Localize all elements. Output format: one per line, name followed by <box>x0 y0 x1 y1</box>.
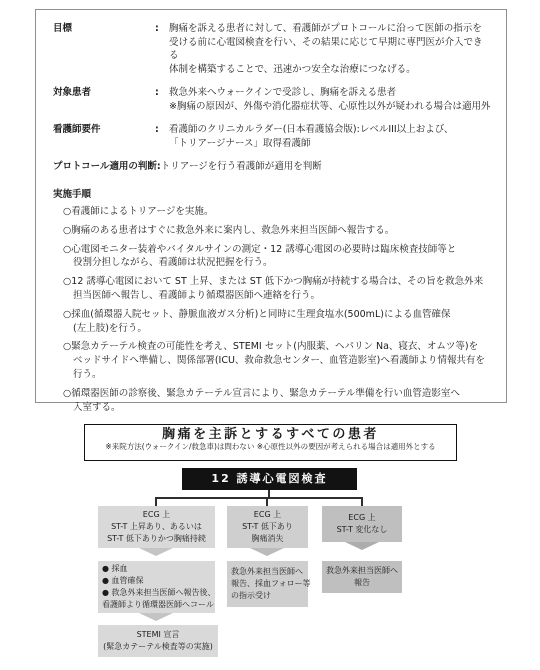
nurse-requirements-colon: : <box>155 123 169 150</box>
flow-box-stemi-declaration: STEMI 宣言 (緊急カテーテル検査等の実施) <box>98 625 218 657</box>
target-patients-label: 対象患者 <box>53 86 155 113</box>
info-row-nurse-requirements: 看護師要件 : 看護師のクリニカルラダー(日本看護協会版):レベルIII以上およ… <box>53 123 491 150</box>
protocol-document-panel: 目標 : 胸痛を訴える患者に対して、看護師がプロトコールに沿って医師の指示を 受… <box>35 9 507 403</box>
connector-horizontal-line <box>155 497 363 499</box>
procedure-item: ○12 誘導心電図において ST 上昇、または ST 低下かつ胸痛が持続する場合… <box>53 275 491 303</box>
connector-stub-left <box>155 497 157 506</box>
info-row-goal: 目標 : 胸痛を訴える患者に対して、看護師がプロトコールに沿って医師の指示を 受… <box>53 22 491 76</box>
target-patients-text: 救急外来へウォークインで受診し、胸痛を訴える患者 ※胸痛の原因が、外傷や消化器症… <box>169 86 491 113</box>
protocol-judgment-label: プロトコール適用の判断: <box>53 161 161 172</box>
flow-subtitle: ※来院方法(ウォークイン/救急車)は問わない ※心原性以外の要因が考えられる場合… <box>85 442 456 452</box>
procedure-item: ○緊急カテーテル検査の可能性を考え、STEMI セット(内服薬、ヘパリン Na、… <box>53 340 491 381</box>
ecg-exam-box: 12 誘導心電図検査 <box>182 468 357 490</box>
goal-text: 胸痛を訴える患者に対して、看護師がプロトコールに沿って医師の指示を 受ける前に心… <box>169 22 491 76</box>
target-patients-colon: : <box>155 86 169 113</box>
arrow-down-icon <box>139 548 173 556</box>
flow-title: 胸痛を主訴とするすべての患者 <box>85 427 456 442</box>
flow-box-actions-blood-draw: ● 採血 ● 血管確保 ● 救急外来担当医師へ報告後、 看護師より循環器医師へコ… <box>98 561 215 613</box>
flow-box-ecg-st-depression: ECG 上 ST-T 低下あり 胸痛消失 <box>227 506 308 548</box>
goal-label: 目標 <box>53 22 155 76</box>
procedure-item: ○胸痛のある患者はすぐに救急外来に案内し、救急外来担当医師へ報告する。 <box>53 224 491 238</box>
goal-colon: : <box>155 22 169 76</box>
flow-box-report-followup: 救急外来担当医師へ 報告、採血フォロー等 の指示受け <box>227 561 308 607</box>
arrow-down-icon <box>250 548 284 556</box>
procedure-list: ○看護師によるトリアージを実施。 ○胸痛のある患者はすぐに救急外来に案内し、救急… <box>53 205 491 414</box>
arrow-down-icon <box>139 613 173 621</box>
nurse-requirements-label: 看護師要件 <box>53 123 155 150</box>
procedure-item: ○循環器医師の診察後、緊急カテーテル宣言により、緊急カテーテル準備を行い血管造影… <box>53 387 491 415</box>
connector-stub-middle <box>266 497 268 506</box>
connector-stub-right <box>361 497 363 506</box>
protocol-judgment-row: プロトコール適用の判断:トリアージを行う看護師が適用を判断 <box>53 160 491 174</box>
nurse-requirements-text: 看護師のクリニカルラダー(日本看護協会版):レベルIII以上および、 「トリアー… <box>169 123 491 150</box>
procedure-item: ○心電図モニター装着やバイタルサインの測定・12 誘導心電図の必要時は臨床検査技… <box>53 243 491 271</box>
flow-box-report-only: 救急外来担当医師へ 報告 <box>322 561 402 593</box>
protocol-judgment-text: トリアージを行う看護師が適用を判断 <box>161 161 322 172</box>
flow-title-box: 胸痛を主訴とするすべての患者 ※来院方法(ウォークイン/救急車)は問わない ※心… <box>84 424 457 461</box>
arrow-down-icon <box>345 542 379 550</box>
procedure-heading: 実施手順 <box>53 188 491 202</box>
flow-box-ecg-no-change: ECG 上 ST-T 変化なし <box>322 506 402 542</box>
info-row-target-patients: 対象患者 : 救急外来へウォークインで受診し、胸痛を訴える患者 ※胸痛の原因が、… <box>53 86 491 113</box>
procedure-item: ○看護師によるトリアージを実施。 <box>53 205 491 219</box>
procedure-item: ○採血(循環器入院セット、静脈血液ガス分析)と同時に生理食塩水(500mL)によ… <box>53 308 491 336</box>
flow-box-ecg-st-elevation: ECG 上 ST-T 上昇あり、あるいは ST-T 低下ありかつ胸痛持続 <box>98 506 215 548</box>
